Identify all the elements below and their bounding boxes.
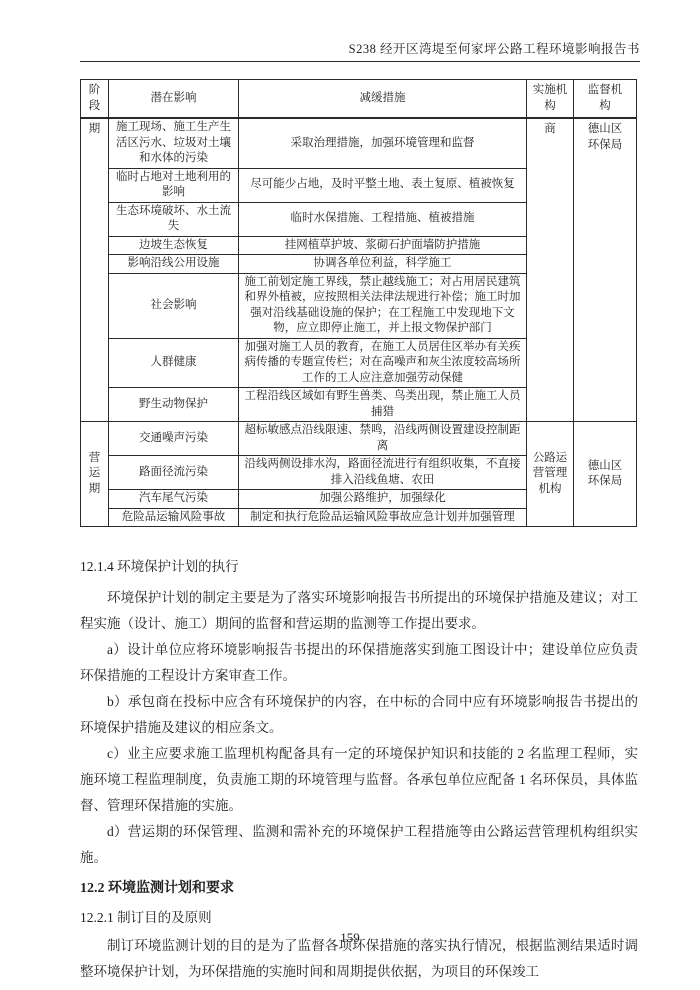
impact-cell: 野生动物保护: [109, 388, 239, 422]
stage-label: 营运期: [88, 451, 101, 498]
page-title: S238 经开区湾堤至何家坪公路工程环境影响报告书: [80, 42, 640, 56]
page-header: S238 经开区湾堤至何家坪公路工程环境影响报告书: [80, 42, 640, 62]
implementer-cell-operation: 公路运营管理机构: [527, 422, 574, 527]
table-header-row: 阶段 潜在影响 减缓措施 实施机构 监督机构: [81, 80, 637, 119]
impact-cell: 交通噪声污染: [109, 422, 239, 456]
measure-cell: 协调各单位利益，科学施工: [239, 255, 527, 274]
impact-cell: 路面径流污染: [109, 456, 239, 490]
col-header-implementer-label: 实施机构: [531, 83, 569, 114]
impact-cell: 临时占地对土地利用的影响: [109, 168, 239, 202]
col-header-stage-label: 阶段: [88, 83, 101, 114]
table-row: 营运期 交通噪声污染 超标敏感点沿线限速、禁鸣，沿线两侧设置建设控制距离 公路运…: [81, 422, 637, 456]
stage-cell-operation: 营运期: [81, 422, 109, 527]
measure-cell: 超标敏感点沿线限速、禁鸣，沿线两侧设置建设控制距离: [239, 422, 527, 456]
col-header-supervisor-label: 监督机构: [586, 83, 624, 114]
supervisor-cell-construction: 德山区环保局: [574, 118, 637, 422]
col-header-supervisor: 监督机构: [574, 80, 637, 119]
impact-cell: 危险品运输风险事故: [109, 508, 239, 527]
measure-cell: 采取治理措施，加强环境管理和监督: [239, 118, 527, 168]
measure-cell: 沿线两侧设排水沟，路面径流进行有组织收集，不直接排入沿线鱼塘、农田: [239, 456, 527, 490]
impact-cell: 边坡生态恢复: [109, 236, 239, 255]
impact-cell: 影响沿线公用设施: [109, 255, 239, 274]
measure-cell: 挂网植草护坡、浆砌石护面墙防护措施: [239, 236, 527, 255]
supervisor-label: 德山区环保局: [586, 122, 624, 153]
section-heading-12-2: 12.2 环境监测计划和要求: [80, 876, 638, 902]
list-item-d: d）营运期的环保管理、监测和需补充的环境保护工程措施等由公路运营管理机构组织实施…: [80, 819, 638, 871]
measure-cell: 施工前划定施工界线，禁止越线施工；对占用居民建筑和界外植被，应按照相关法律法规进…: [239, 273, 527, 338]
impact-cell: 施工现场、施工生产生活区污水、垃圾对土壤和水体的污染: [109, 118, 239, 168]
impact-cell: 汽车尾气污染: [109, 490, 239, 509]
impact-cell: 人群健康: [109, 338, 239, 388]
measure-cell: 工程沿线区域如有野生兽类、鸟类出现，禁止施工人员捕猎: [239, 388, 527, 422]
impact-cell: 生态环境破坏、水土流失: [109, 202, 239, 236]
supervisor-cell-operation: 德山区环保局: [574, 422, 637, 527]
col-header-stage: 阶段: [81, 80, 109, 119]
implementer-label: 商: [531, 122, 569, 138]
supervisor-label: 德山区环保局: [586, 459, 624, 490]
measure-cell: 制定和执行危险品运输风险事故应急计划并加强管理: [239, 508, 527, 527]
implementer-cell-construction: 商: [527, 118, 574, 422]
mitigation-measures-table: 阶段 潜在影响 减缓措施 实施机构 监督机构 期 施工现场、施工生产生活区污水、…: [80, 79, 637, 527]
col-header-implementer: 实施机构: [527, 80, 574, 119]
page-number: 159: [0, 930, 700, 946]
section-heading-12-1-4: 12.1.4 环境保护计划的执行: [80, 554, 638, 580]
list-item-a: a）设计单位应将环境影响报告书提出的环保措施落实到施工图设计中；建设单位应负责环…: [80, 637, 638, 689]
stage-label: 期: [88, 122, 101, 138]
body-text-section: 12.1.4 环境保护计划的执行 环境保护计划的制定主要是为了落实环境影响报告书…: [80, 554, 638, 985]
impact-cell: 社会影响: [109, 273, 239, 338]
section-heading-12-2-1: 12.2.1 制订目的及原则: [80, 905, 638, 931]
implementer-label: 公路运营管理机构: [531, 451, 569, 498]
document-page: S238 经开区湾堤至何家坪公路工程环境影响报告书 阶段 潜在影响 减缓措施 实…: [0, 0, 700, 990]
measure-cell: 临时水保措施、工程措施、植被措施: [239, 202, 527, 236]
table-row: 期 施工现场、施工生产生活区污水、垃圾对土壤和水体的污染 采取治理措施，加强环境…: [81, 118, 637, 168]
col-header-measure: 减缓措施: [239, 80, 527, 119]
measure-cell: 加强公路维护，加强绿化: [239, 490, 527, 509]
measure-cell: 尽可能少占地，及时平整土地、表土复原、植被恢复: [239, 168, 527, 202]
measure-cell: 加强对施工人员的教育，在施工人员居住区举办有关疾病传播的专题宣传栏；对在高噪声和…: [239, 338, 527, 388]
paragraph-plan-purpose: 环境保护计划的制定主要是为了落实环境影响报告书所提出的环境保护措施及建议；对工程…: [80, 585, 638, 637]
col-header-impact: 潜在影响: [109, 80, 239, 119]
list-item-b: b）承包商在投标中应含有环境保护的内容，在中标的合同中应有环境影响报告书提出的环…: [80, 689, 638, 741]
list-item-c: c）业主应要求施工监理机构配备具有一定的环境保护知识和技能的 2 名监理工程师，…: [80, 741, 638, 819]
stage-cell-construction: 期: [81, 118, 109, 422]
